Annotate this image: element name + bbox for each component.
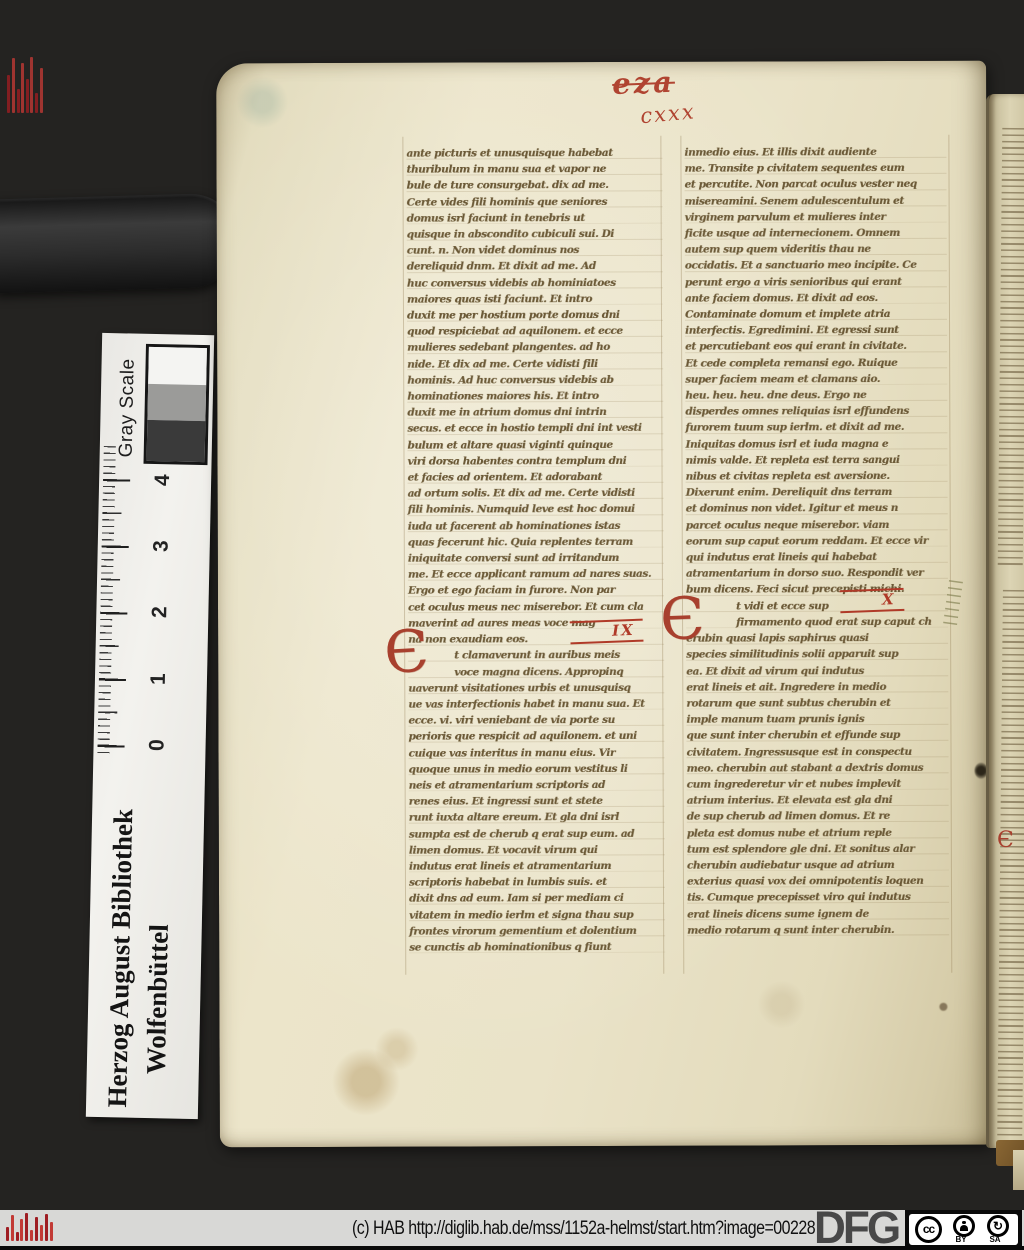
manuscript-text-line: Contaminate domum et implete atria xyxy=(685,306,947,323)
manuscript-text-line: atramentarium in dorso suo. Respondit ve… xyxy=(686,565,948,582)
creative-commons-badge: cc ↻ BY SA xyxy=(905,1210,1022,1248)
manuscript-text-line: eorum sup caput eorum reddam. Et ecce vi… xyxy=(686,533,948,550)
manuscript-text-line: Et cede completa remansi ego. Ruique xyxy=(685,354,947,371)
institution-name-line2: Wolfenbüttel xyxy=(141,924,175,1075)
manuscript-text-line: mulieres sedebant plangentes. ad ho xyxy=(407,339,663,356)
running-header-rubric: eza xyxy=(612,65,676,101)
manuscript-text-line: bum dicens. Feci sicut precepisti michi. xyxy=(686,581,948,598)
manuscript-text-line: duxit me in atrium domus dni intrin xyxy=(407,404,663,421)
manuscript-text-line: Dixerunt enim. Dereliquit dns terram xyxy=(686,484,948,501)
manuscript-text-line: atrium interius. Et elevata est gla dni xyxy=(687,792,949,809)
manuscript-text-line: cuique vas interitus in manu eius. Vir xyxy=(408,744,664,761)
manuscript-text-line: frontes virorum gementium et dolentium xyxy=(409,923,665,940)
manuscript-text-line: parcet oculus neque miserebor. viam xyxy=(686,516,948,533)
manuscript-text-line: exterius quasi vox dei omnipotentis loqu… xyxy=(687,873,949,890)
text-column-left: ante picturis et unusquisque habebatthur… xyxy=(406,145,665,956)
manuscript-text-line: et dominus non videt. Igitur et meus n xyxy=(686,500,948,517)
ruling-line-vertical xyxy=(948,135,952,973)
grayscale-patch-dark xyxy=(147,420,206,462)
ruling-line-vertical xyxy=(402,137,406,975)
scale-number: 2 xyxy=(148,606,172,618)
dfg-logo: DFG xyxy=(814,1206,898,1250)
rubricated-initial-left: Є xyxy=(383,621,431,681)
manuscript-text-line: cherubin audiebatur usque ad atrium xyxy=(687,857,949,874)
manuscript-text-line: me. Transite p civitatem sequentes eum xyxy=(684,160,946,177)
manuscript-text-line: quoque unus in medio eorum vestitus li xyxy=(409,761,665,778)
manuscript-text-line: se cunctis ab hominationibus q fiunt xyxy=(409,939,665,956)
manuscript-text-line: ad ortum solis. Et dix ad me. Certe vidi… xyxy=(408,485,664,502)
manuscript-text-line: limen domus. Et vocavit virum qui xyxy=(409,842,665,859)
manuscript-text-line: Ergo et ego faciam in furore. Non par xyxy=(408,582,664,599)
digitized-manuscript-photo: Gray Scale 4 3 2 1 0 Herzog August Bibli… xyxy=(0,0,1024,1250)
rubricated-initial-right: Є xyxy=(659,589,706,649)
next-folio-edge: Є xyxy=(986,94,1024,1148)
cc-sa-arrow-icon: ↻ xyxy=(987,1215,1009,1237)
manuscript-text-line: viri dorsa habentes contra templum dni xyxy=(407,453,663,470)
edge-text-block xyxy=(997,590,1024,1150)
parchment-spot xyxy=(939,1003,947,1011)
manuscript-text-line: virginem parvulum et mulieres inter xyxy=(685,209,947,226)
manuscript-text-line: medio rotarum q sunt inter cherubin. xyxy=(687,922,949,939)
copyright-url-text: (c) HAB http://diglib.hab.de/mss/1152a-h… xyxy=(352,1210,815,1246)
manuscript-text-line: voce magna dicens. Appropinq xyxy=(408,663,664,680)
cc-by-person-icon xyxy=(953,1215,975,1237)
manuscript-text-line: de sup cherub ad limen domus. Et re xyxy=(687,808,949,825)
manuscript-text-line: ante picturis et unusquisque habebat xyxy=(406,145,662,162)
ruling-line-vertical xyxy=(680,136,684,974)
text-column-right: inmedio eius. Et illis dixit audienteme.… xyxy=(684,144,949,939)
manuscript-text-line: misereamini. Senem adulescentulum et xyxy=(685,192,947,209)
manuscript-text-line: thuribulum in manu sua et vapor ne xyxy=(406,161,662,178)
scale-number: 3 xyxy=(149,540,173,552)
manuscript-text-line: cunt. n. Non videt dominus nos xyxy=(407,242,663,259)
manuscript-text-line: scriptoris habebat in lumbis suis. et xyxy=(409,874,665,891)
manuscript-text-line: secus. et ecce in hostio templi dni int … xyxy=(407,420,663,437)
manuscript-text-line: uaverunt visitationes urbis et unusquisq xyxy=(408,679,664,696)
manuscript-text-line: erat lineis et ait. Ingredere in medio xyxy=(686,678,948,695)
page-edge-sliver xyxy=(1013,1150,1024,1190)
scale-number: 0 xyxy=(145,739,169,751)
chapter-numeral-x: X xyxy=(840,588,904,613)
manuscript-text-line: disperdes omnes reliquias isrl effundens xyxy=(685,403,947,420)
manuscript-text-line: indutus erat lineis et atramentarium xyxy=(409,858,665,875)
manuscript-text-line: ue vas interfectionis habet in manu sua.… xyxy=(408,696,664,713)
manuscript-text-line: perunt ergo a viris senioribus qui erant xyxy=(685,273,947,290)
manuscript-text-line: Certe vides fili hominis que seniores xyxy=(407,193,663,210)
manuscript-text-line: firmamento quod erat sup caput ch xyxy=(686,614,948,631)
manuscript-text-line: cet oculus meus nec miserebor. Et cum cl… xyxy=(408,598,664,615)
manuscript-text-line: et percutite. Non parcat oculus vester n… xyxy=(685,176,947,193)
reference-ruler-card: Gray Scale 4 3 2 1 0 Herzog August Bibli… xyxy=(86,333,214,1119)
manuscript-text-line: quod respiciebat ad aquilonem. et ecce xyxy=(407,323,663,340)
manuscript-text-line: furorem tuum sup ierlm. et dixit ad me. xyxy=(685,419,947,436)
manuscript-text-line: nimis valde. Et repleta est terra sangui xyxy=(685,452,947,469)
manuscript-text-line: imple manum tuam prunis ignis xyxy=(686,711,948,728)
manuscript-text-line: occidatis. Et a sanctuario meo incipite.… xyxy=(685,257,947,274)
grayscale-patch-white xyxy=(148,347,207,385)
manuscript-text-line: me. Et ecce applicant ramum ad nares sua… xyxy=(408,566,664,583)
manuscript-page: eza cxxx ante picturis et unusquisque ha… xyxy=(216,61,990,1148)
page-clamp xyxy=(0,193,239,294)
manuscript-text-line: erubin quasi lapis saphirus quasi xyxy=(686,630,948,647)
scale-number: 4 xyxy=(151,474,175,486)
manuscript-text-line: tis. Cumque precepisset viro qui indutus xyxy=(687,889,949,906)
manuscript-text-line: perioris que respicit ad aquilonem. et u… xyxy=(408,728,664,745)
manuscript-text-line: super faciem meam et clamans aio. xyxy=(685,371,947,388)
manuscript-text-line: pleta est domus nube et atrium reple xyxy=(687,824,949,841)
manuscript-text-line: cum ingrederetur vir et nubes implevit xyxy=(687,776,949,793)
manuscript-text-line: bule de ture consurgebat. dix ad me. xyxy=(407,177,663,194)
manuscript-text-line: erat lineis dicens sume ignem de xyxy=(687,905,949,922)
grayscale-patches xyxy=(143,344,209,465)
cc-by-label: BY xyxy=(950,1235,972,1244)
manuscript-text-line: autem sup quem videritis thau ne xyxy=(685,241,947,258)
manuscript-text-line: fili hominis. Numquid leve est hoc domui xyxy=(408,501,664,518)
manuscript-text-line: tum est splendore gle dni. Et sonitus al… xyxy=(687,841,949,858)
registration-mark-bottom xyxy=(6,1213,58,1241)
ruler-ticks xyxy=(97,445,132,758)
manuscript-text-line: neis et atramentarium scriptoris ad xyxy=(409,777,665,794)
manuscript-text-line: hominationes maiores his. Et intro xyxy=(407,388,663,405)
cc-sa-label: SA xyxy=(984,1235,1006,1244)
manuscript-text-line: civitatem. Ingressusque est in conspectu xyxy=(686,743,948,760)
grayscale-patch-mid xyxy=(147,384,206,421)
manuscript-text-line: et percutiebant eos qui erant in civitat… xyxy=(685,338,947,355)
manuscript-text-line: ante faciem domus. Et dixit ad eos. xyxy=(685,290,947,307)
manuscript-text-line: maiores quas isti faciunt. Et intro xyxy=(407,291,663,308)
manuscript-text-line: inmedio eius. Et illis dixit audiente xyxy=(684,144,946,161)
manuscript-text-line: renes eius. Et ingressi sunt et stete xyxy=(409,793,665,810)
edge-rubricated-initial: Є xyxy=(997,830,1014,852)
grayscale-label: Gray Scale xyxy=(116,358,140,457)
manuscript-text-line: domus isrl faciunt in tenebris ut xyxy=(407,210,663,227)
manuscript-text-line: t vidi et ecce sup xyxy=(686,597,948,614)
manuscript-text-line: dixit dns ad eum. Iam si per mediam ci xyxy=(409,890,665,907)
cc-icon: cc xyxy=(915,1216,942,1243)
manuscript-text-line: heu. heu. heu. dne deus. Ergo ne xyxy=(685,387,947,404)
manuscript-text-line: iniquitate conversi sunt ad irritandum xyxy=(408,550,664,567)
person-icon xyxy=(960,1221,968,1231)
manuscript-text-line: runt iuxta altare ereum. Et gla dni isrl xyxy=(409,809,665,826)
institution-name-line1: Herzog August Bibliothek xyxy=(102,809,139,1108)
scale-number: 1 xyxy=(147,673,171,685)
chapter-numeral-ix: IX xyxy=(570,619,643,645)
edge-text-block xyxy=(998,128,1024,568)
manuscript-text-line: duxit me per hostium porte domus dni xyxy=(407,307,663,324)
manuscript-text-line: Iniquitas domus isrl et iuda magna e xyxy=(685,435,947,452)
manuscript-text-line: ficite usque ad internecionem. Omnem xyxy=(685,225,947,242)
manuscript-text-line: iuda ut facerent ab hominationes istas xyxy=(408,517,664,534)
manuscript-text-line: bulum et altare quasi viginti quinque xyxy=(407,436,663,453)
manuscript-text-line: nibus et civitas repleta est aversione. xyxy=(686,468,948,485)
manuscript-text-line: sumpta est de cherub q erat sup eum. ad xyxy=(409,825,665,842)
registration-mark-top xyxy=(7,56,43,113)
manuscript-text-line: quisque in abscondito cubiculi sui. Di xyxy=(407,226,663,243)
manuscript-text-line: hominis. Ad huc conversus videbis ab xyxy=(407,372,663,389)
manuscript-text-line: nide. Et dix ad me. Certe vidisti fili xyxy=(407,355,663,372)
manuscript-text-line: et facies ad orientem. Et adorabant xyxy=(408,469,664,486)
manuscript-text-line: interfectis. Egredimini. Et egressi sunt xyxy=(685,322,947,339)
folio-number-rubric: cxxx xyxy=(639,99,696,128)
cc-badge-inner: cc ↻ BY SA xyxy=(909,1214,1018,1245)
manuscript-text-line: vitatem in medio ierlm et signa thau sup xyxy=(409,906,665,923)
manuscript-text-line: meo. cherubin aut stabant a dextris domu… xyxy=(687,760,949,777)
manuscript-text-line: t clamaverunt in auribus meis xyxy=(408,647,664,664)
manuscript-text-line: species similitudinis solii apparuit sup xyxy=(686,646,948,663)
manuscript-text-line: dereliquid dnm. Et dixit ad me. Ad xyxy=(407,258,663,275)
manuscript-text-line: rotarum que sunt subtus cherubin et xyxy=(686,695,948,712)
manuscript-text-line: huc conversus videbis ab hominiatoes xyxy=(407,274,663,291)
manuscript-text-line: qui indutus erat lineis qui habebat xyxy=(686,549,948,566)
manuscript-text-line: ecce. vi. viri veniebant de via porte su xyxy=(408,712,664,729)
manuscript-text-line: quas fecerunt hic. Quia replentes terram xyxy=(408,534,664,551)
manuscript-text-line: que sunt inter cherubin et effunde sup xyxy=(686,727,948,744)
manuscript-text-line: ea. Et dixit ad virum qui indutus xyxy=(686,662,948,679)
